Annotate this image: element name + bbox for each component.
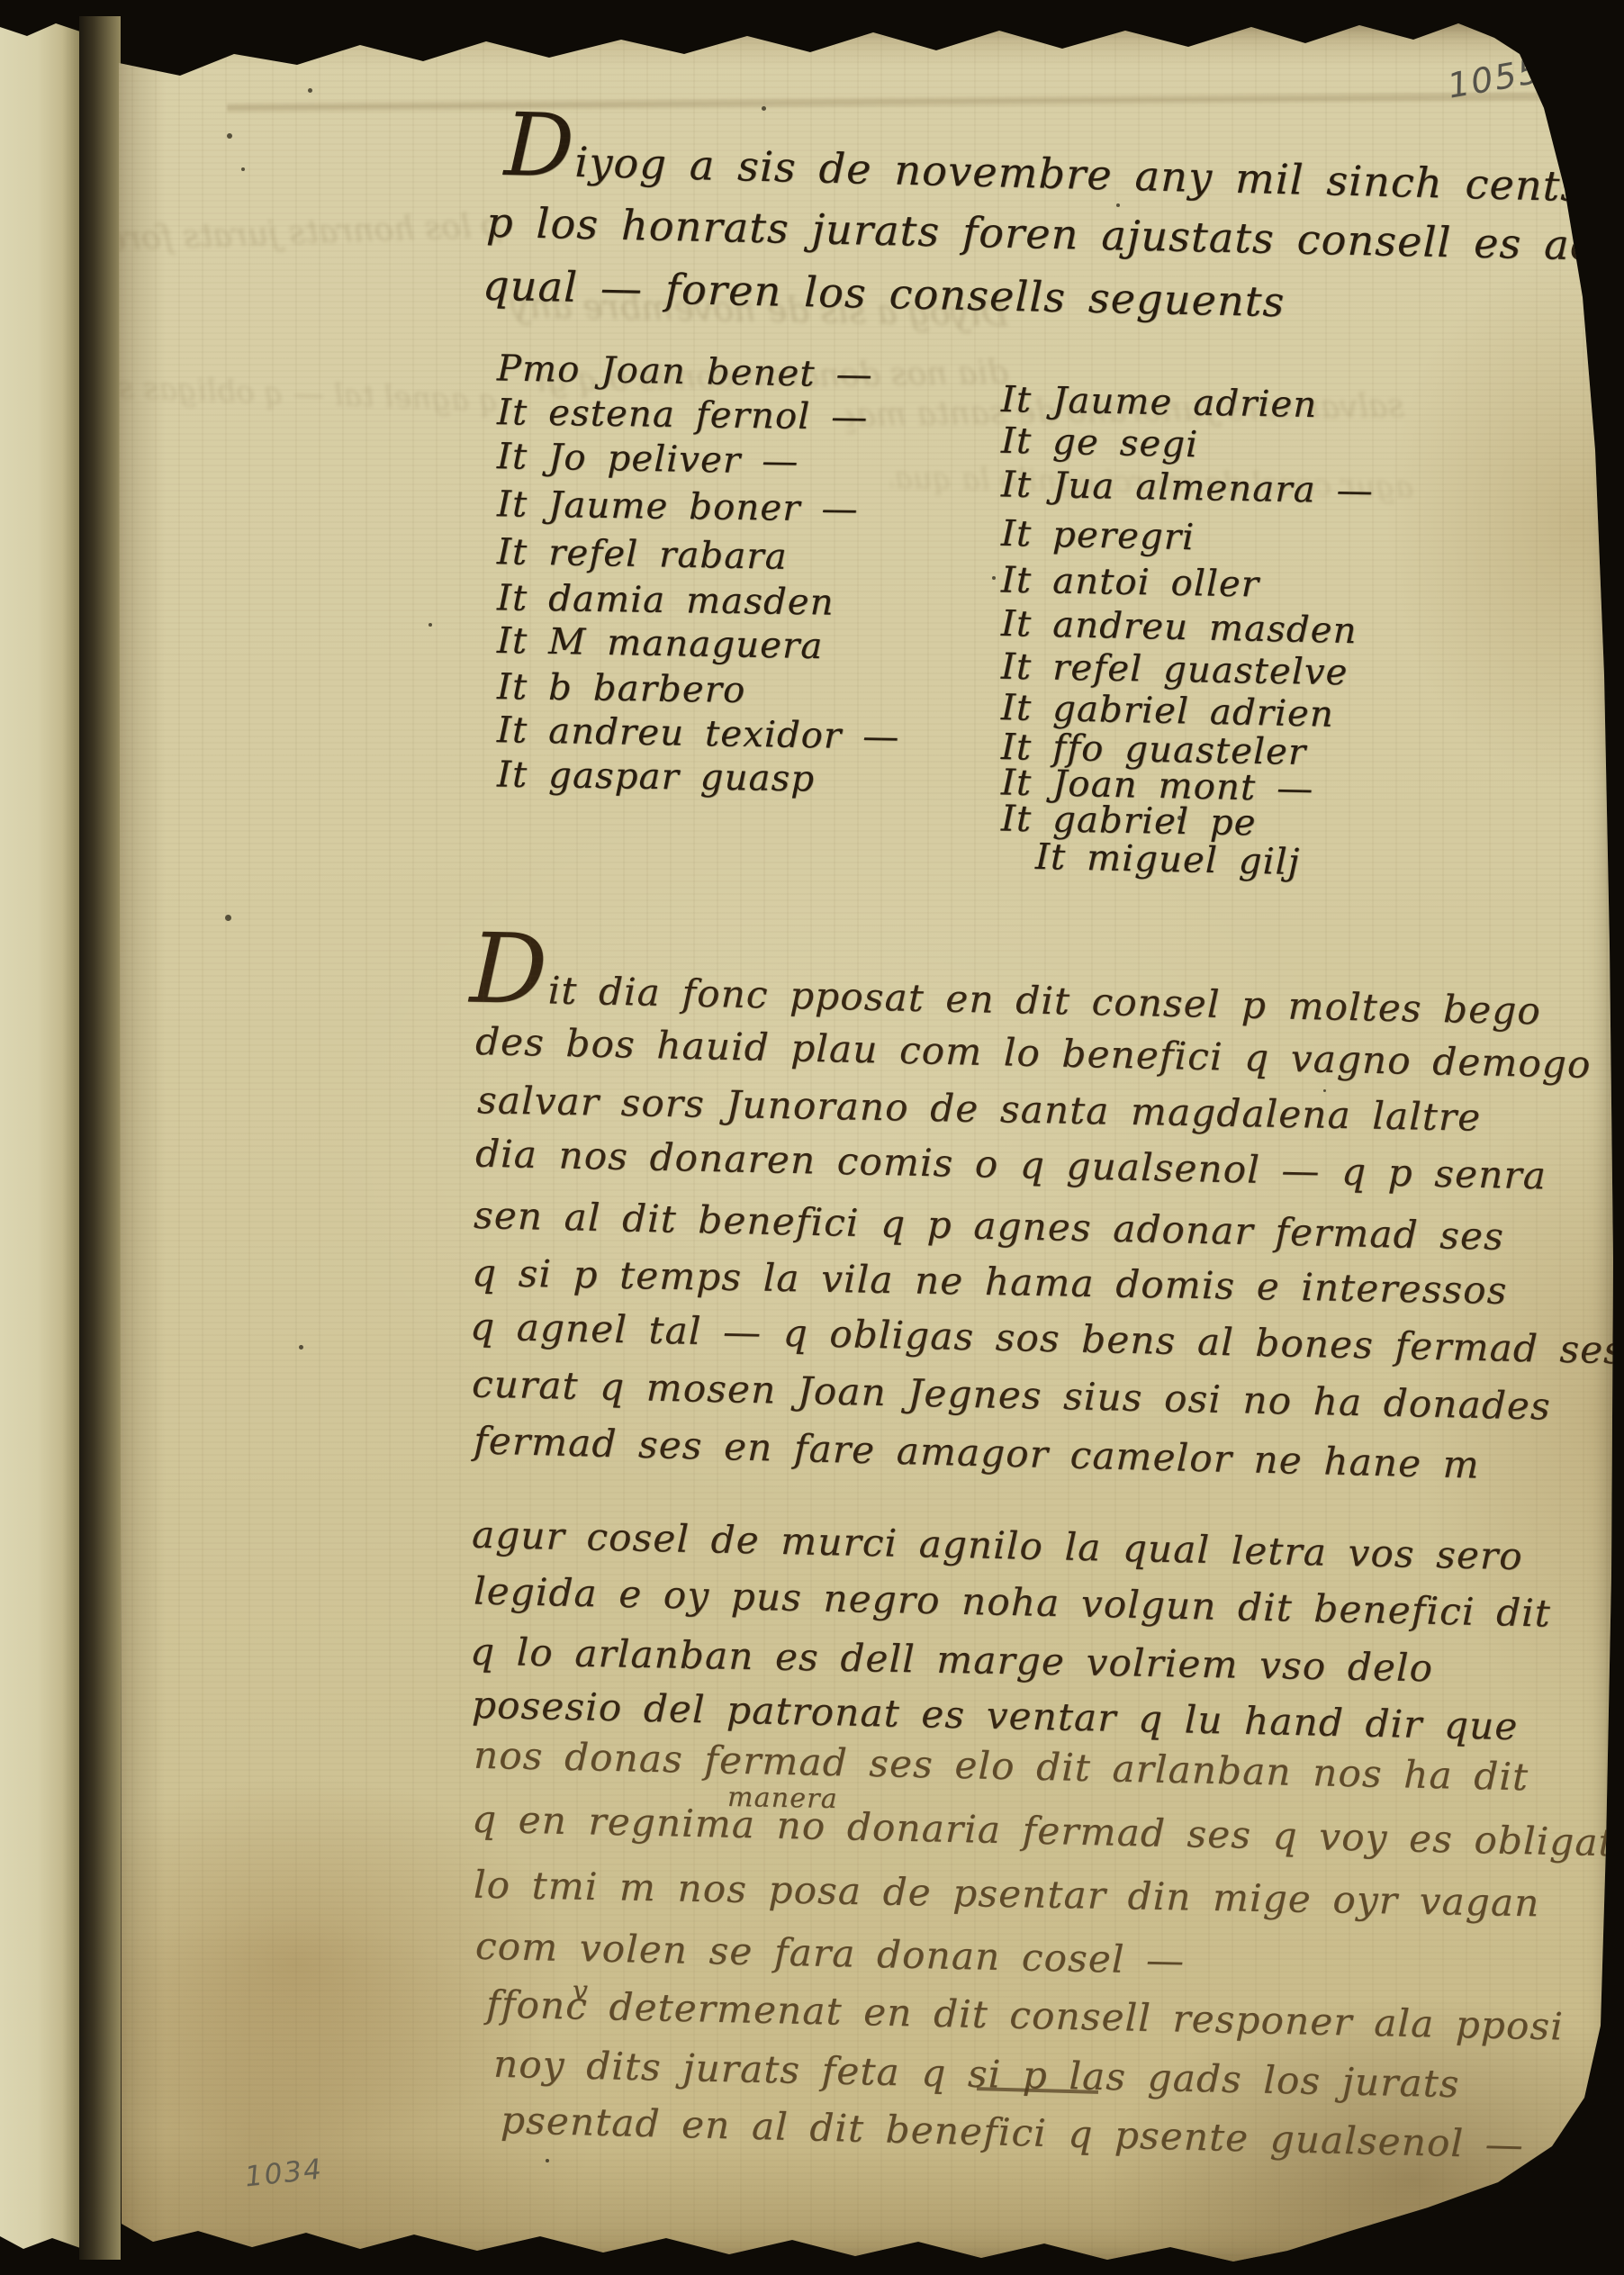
facing-page-edge <box>0 0 83 2275</box>
resolution-line: psentad en al dit benefici q psente gual… <box>501 2100 1525 2165</box>
ink-speck <box>762 106 766 111</box>
ink-speck <box>546 2159 549 2162</box>
resolution-paragraph: ffonc determenat en dit consell responer… <box>108 18 1624 2275</box>
resolution-line: ffonc determenat en dit consell responer… <box>486 1984 1565 2046</box>
ink-speck <box>225 915 231 921</box>
manuscript-scan: 1055 1034 p los honrats jurats foren aju… <box>0 0 1624 2275</box>
ink-speck <box>1116 203 1120 207</box>
ink-speck <box>241 167 245 171</box>
resolution-line: noy dits jurats feta q si p las gads los… <box>493 2045 1460 2105</box>
ink-speck <box>1177 816 1182 820</box>
ink-speck <box>299 1345 303 1350</box>
manuscript-page: 1055 1034 p los honrats jurats foren aju… <box>108 18 1624 2275</box>
ink-speck <box>227 133 232 139</box>
ink-speck <box>992 576 996 580</box>
binding-gutter <box>79 16 121 2260</box>
ink-speck <box>1323 1089 1326 1092</box>
ink-speck <box>429 623 432 627</box>
ink-speck <box>308 88 312 93</box>
